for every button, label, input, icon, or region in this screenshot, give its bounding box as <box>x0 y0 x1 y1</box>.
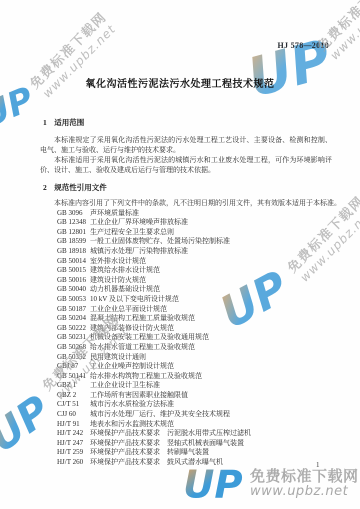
reference-name: 声环境质量标准 <box>90 209 139 219</box>
watermark-site-url: www.upbz.net <box>12 0 146 128</box>
reference-row: GB 50268 给水排水管道工程施工及验收规范 <box>40 343 332 353</box>
reference-name: 给水排水构筑物工程施工及验收规范 <box>90 372 202 382</box>
reference-code: CJJ 60 <box>57 410 90 420</box>
reference-code: HJ/T 247 <box>57 439 90 449</box>
reference-row: GBJ 87 工业企业噪声控制设计规范 <box>40 362 332 372</box>
reference-name: 给水排水管道工程施工及验收规范 <box>90 343 195 353</box>
reference-row: GBZ 2 工作场所有害因素职业接触限值 <box>40 391 332 401</box>
reference-code: HJ/T 260 <box>57 458 90 468</box>
svg-text:UP: UP <box>241 27 337 109</box>
reference-row: GB 50222 建筑内部装修设计防火规范 <box>40 324 332 334</box>
upbz-logo-top-right: UP <box>240 25 345 109</box>
reference-code: HJ/T 91 <box>57 420 90 430</box>
watermark-top-left: 免费标准下载网 www.upbz.net <box>0 0 146 128</box>
reference-row: GB 12801 生产过程安全卫生要求总则 <box>40 228 332 238</box>
document-page: UP UP UP UP HJ 578—2010 氧化沟活性污泥法污水处理工程技术… <box>0 0 360 509</box>
reference-name: 城镇污水处理厂污染物排放标准 <box>90 247 188 257</box>
reference-row: GB 50040 动力机器基础设计规范 <box>40 285 332 295</box>
watermark-site-name: 免费标准下载网 <box>288 0 360 78</box>
reference-name: 建筑给水排水设计规范 <box>90 266 160 276</box>
reference-name: 工业企业总平面设计规范 <box>90 305 167 315</box>
reference-row: GB 50204 混凝土结构工程施工质量验收规范 <box>40 314 332 324</box>
svg-text:UP: UP <box>183 463 242 506</box>
reference-code: GB 18918 <box>57 247 90 257</box>
reference-code: GB 50352 <box>57 353 90 363</box>
reference-row: GB 18599 一般工业固体废物贮存、处置场污染控制标准 <box>40 237 332 247</box>
reference-row: CJJ 60 城市污水处理厂运行、维护及其安全技术规程 <box>40 410 332 420</box>
references-intro: 本标准内容引用了下列文件中的条款，凡不注明日期的引用文件，其有效版本适用于本标准… <box>40 199 332 209</box>
reference-code: GB 50268 <box>57 343 90 353</box>
reference-code: GB 50014 <box>57 257 90 267</box>
reference-code: GB 50204 <box>57 314 90 324</box>
reference-name: 环境保护产品技术要求 污泥脱水用带式压榨过滤机 <box>90 429 251 439</box>
section-2-heading: 2 规范性引用文件 <box>43 182 107 193</box>
reference-row: HJ/T 91 地表水和污水监测技术规范 <box>40 420 332 430</box>
reference-row: GB 12348 工业企业厂界环境噪声排放标准 <box>40 218 332 228</box>
reference-name: 工业企业厂界环境噪声排放标准 <box>90 218 188 228</box>
reference-row: GB 18918 城镇污水处理厂污染物排放标准 <box>40 247 332 257</box>
reference-code: GB 50187 <box>57 305 90 315</box>
watermark-bottom: UP 免费标准下载网 www.upbz.net <box>182 462 359 506</box>
reference-row: CJ/T 51 城市污水水质检验方法标准 <box>40 400 332 410</box>
reference-row: HJ/T 242 环境保护产品技术要求 污泥脱水用带式压榨过滤机 <box>40 429 332 439</box>
reference-row: GB 50187 工业企业总平面设计规范 <box>40 305 332 315</box>
reference-row: GB 50141 给水排水构筑物工程施工及验收规范 <box>40 372 332 382</box>
reference-row: GB 50016 建筑设计防火规范 <box>40 276 332 286</box>
reference-row: GBZ 1 工业企业设计卫生标准 <box>40 381 332 391</box>
reference-name: 混凝土结构工程施工质量验收规范 <box>90 314 195 324</box>
document-title: 氧化沟活性污泥法污水处理工程技术规范 <box>0 75 360 90</box>
reference-row: HJ/T 247 环境保护产品技术要求 竖轴式机械表面曝气装置 <box>40 439 332 449</box>
paragraph: 本标准适用于采用氧化沟活性污泥法的城镇污水和工业废水处理工程，可作为环境影响评价… <box>40 155 332 175</box>
reference-name: 工业企业噪声控制设计规范 <box>90 362 174 372</box>
section-1-heading: 1 适用范围 <box>43 117 84 128</box>
reference-name: 环境保护产品技术要求 鼓风式潜水曝气机 <box>90 458 223 468</box>
page-number: 1 <box>316 461 320 469</box>
reference-name: 城市污水水质检验方法标准 <box>90 400 174 410</box>
reference-row: GB 50231 机械设备安装工程施工及验收通用规范 <box>40 333 332 343</box>
standard-number: HJ 578—2010 <box>277 41 329 50</box>
reference-name: 动力机器基础设计规范 <box>90 285 160 295</box>
reference-code: GB 18599 <box>57 237 90 247</box>
reference-code: GB 50015 <box>57 266 90 276</box>
reference-code: GBZ 1 <box>57 381 90 391</box>
reference-name: 建筑内部装修设计防火规范 <box>90 324 174 334</box>
reference-name: 建筑设计防火规范 <box>90 276 146 286</box>
reference-code: HJ/T 242 <box>57 429 90 439</box>
reference-code: HJ/T 259 <box>57 448 90 458</box>
reference-name: 生产过程安全卫生要求总则 <box>90 228 174 238</box>
reference-code: GB 50016 <box>57 276 90 286</box>
reference-row: GB 3096 声环境质量标准 <box>40 209 332 219</box>
reference-code: GBZ 2 <box>57 391 90 401</box>
section-1-body: 本标准规定了采用氧化沟活性污泥法的污水处理工程工艺设计、主要设备、检测和控制、电… <box>40 135 332 175</box>
reference-code: GBJ 87 <box>57 362 90 372</box>
watermark-site-name: 免费标准下载网 <box>0 0 136 118</box>
reference-row: GB 50053 10 kV 及以下变电所设计规范 <box>40 295 332 305</box>
reference-code: GB 12801 <box>57 228 90 238</box>
references-list: GB 3096 声环境质量标准 GB 12348 工业企业厂界环境噪声排放标准 … <box>40 209 332 468</box>
reference-row: GB 50014 室外排水设计规范 <box>40 257 332 267</box>
reference-row: GB 50015 建筑给水排水设计规范 <box>40 266 332 276</box>
reference-name: 工业企业设计卫生标准 <box>90 381 160 391</box>
reference-name: 机械设备安装工程施工及验收通用规范 <box>90 333 209 343</box>
reference-row: HJ/T 260 环境保护产品技术要求 鼓风式潜水曝气机 <box>40 458 332 468</box>
reference-code: GB 50040 <box>57 285 90 295</box>
reference-name: 环境保护产品技术要求 转刷曝气装置 <box>90 448 209 458</box>
reference-name: 一般工业固体废物贮存、处置场污染控制标准 <box>90 237 230 247</box>
reference-code: GB 50141 <box>57 372 90 382</box>
reference-row: GB 50352 民用建筑设计通则 <box>40 353 332 363</box>
reference-code: CJ/T 51 <box>57 400 90 410</box>
upbz-logo-bottom: UP <box>182 462 248 506</box>
reference-name: 地表水和污水监测技术规范 <box>90 420 174 430</box>
reference-code: GB 3096 <box>57 209 90 219</box>
watermark-site-name: 免费标准下载网 <box>250 469 359 486</box>
section-2-body: 本标准内容引用了下列文件中的条款，凡不注明日期的引用文件，其有效版本适用于本标准… <box>40 199 332 468</box>
reference-name: 室外排水设计规范 <box>90 257 146 267</box>
watermark-site-url: www.upbz.net <box>250 485 359 499</box>
reference-code: GB 50231 <box>57 333 90 343</box>
reference-name: 环境保护产品技术要求 竖轴式机械表面曝气装置 <box>90 439 244 449</box>
reference-name: 10 kV 及以下变电所设计规范 <box>90 295 179 305</box>
reference-code: GB 50053 <box>57 295 90 305</box>
paragraph: 本标准规定了采用氧化沟活性污泥法的污水处理工程工艺设计、主要设备、检测和控制、电… <box>40 135 332 155</box>
reference-row: HJ/T 259 环境保护产品技术要求 转刷曝气装置 <box>40 448 332 458</box>
reference-name: 城市污水处理厂运行、维护及其安全技术规程 <box>90 410 230 420</box>
reference-code: GB 12348 <box>57 218 90 228</box>
reference-name: 民用建筑设计通则 <box>90 353 146 363</box>
reference-code: GB 50222 <box>57 324 90 334</box>
